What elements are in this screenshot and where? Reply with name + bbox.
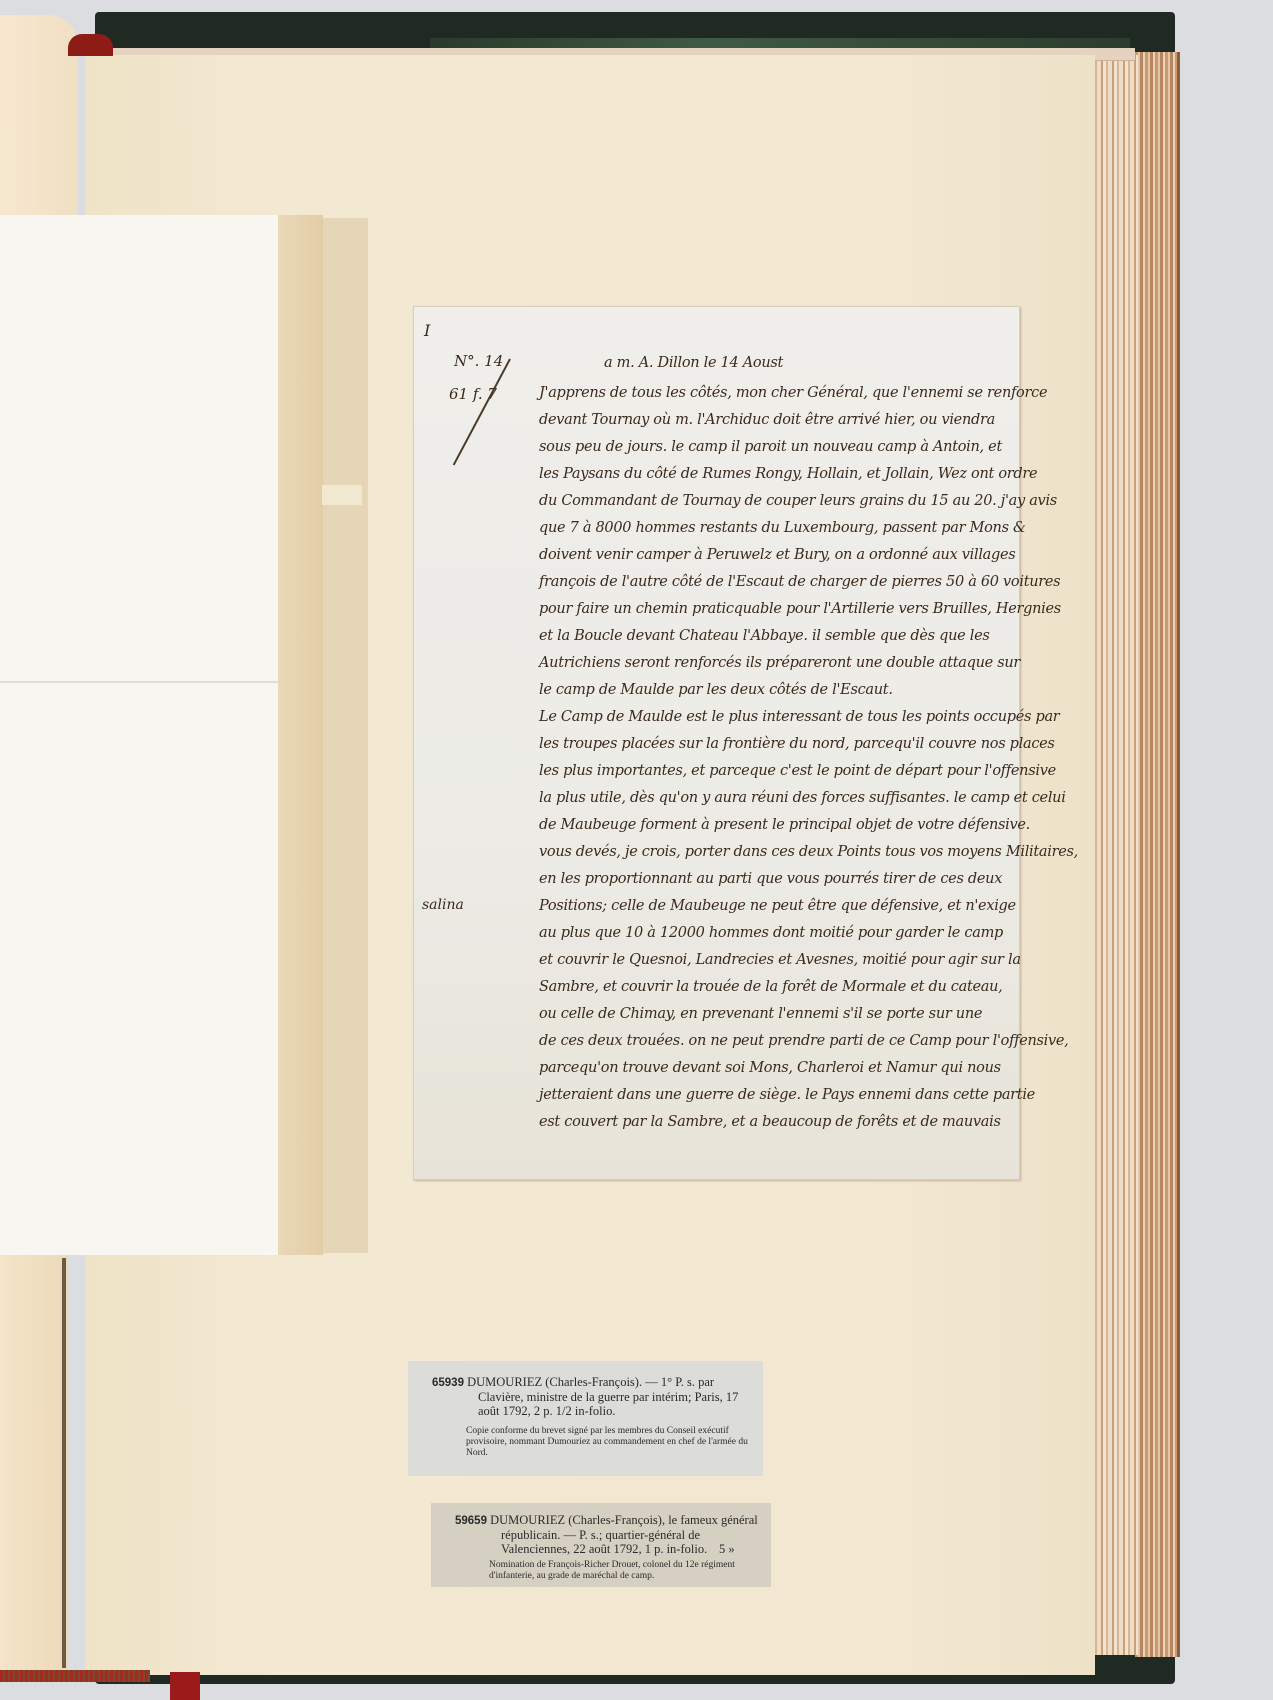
letter-line: les troupes placées sur la frontière du … xyxy=(539,736,1055,752)
fold-crease xyxy=(0,681,300,683)
letter-line: sous peu de jours. le camp il paroit un … xyxy=(539,439,1002,455)
letter-line: Sambre, et couvrir la trouée de la forêt… xyxy=(539,979,1002,995)
letter-line: et la Boucle devant Chateau l'Abbaye. il… xyxy=(539,628,990,644)
letter-line: françois de l'autre côté de l'Escaut de … xyxy=(539,574,1060,590)
folded-letter-verso[interactable] xyxy=(0,215,290,1255)
hinge-notch xyxy=(322,485,362,505)
letter-line: Autrichiens seront renforcés ils prépare… xyxy=(539,655,1020,671)
letter-line: la plus utile, dès qu'on y aura réuni de… xyxy=(539,790,1066,806)
letter-line: du Commandant de Tournay de couper leurs… xyxy=(539,493,1057,509)
margin-number: N°. 14 xyxy=(454,352,503,370)
book-gutter xyxy=(62,1258,66,1668)
left-page-bottom xyxy=(0,1255,68,1675)
catalogue-label: 65939 DUMOURIEZ (Charles-François). — 1°… xyxy=(408,1361,763,1476)
letter-line: ou celle de Chimay, en prevenant l'ennem… xyxy=(539,1006,982,1022)
margin-stroke xyxy=(453,359,511,466)
paper-hinge xyxy=(278,215,323,1255)
letter-line: en les proportionnant au parti que vous … xyxy=(539,871,1002,887)
letter-line: devant Tournay où m. l'Archiduc doit êtr… xyxy=(539,412,995,428)
letter-line: Le Camp de Maulde est le plus interessan… xyxy=(539,709,1059,725)
letter-line: parcequ'on trouve devant soi Mons, Charl… xyxy=(539,1060,1001,1076)
letter-line: jetteraient dans une guerre de siège. le… xyxy=(539,1087,1035,1103)
lot-number: 65939 xyxy=(432,1377,464,1389)
letter-address: a m. A. Dillon le 14 Aoust xyxy=(604,355,783,371)
letter-line: J'apprens de tous les côtés, mon cher Gé… xyxy=(539,385,1047,401)
letter-line: et couvrir le Quesnoi, Landrecies et Ave… xyxy=(539,952,1021,968)
letter-line: les Paysans du côté de Rumes Rongy, Holl… xyxy=(539,466,1037,482)
label-title: DUMOURIEZ (Charles-François). — 1° P. s.… xyxy=(467,1375,738,1418)
letter-line: vous devés, je crois, porter dans ces de… xyxy=(539,844,1078,860)
label-title: DUMOURIEZ (Charles-François), le fameux … xyxy=(490,1513,758,1556)
label-heading: 65939 DUMOURIEZ (Charles-François). — 1°… xyxy=(420,1375,757,1418)
letter-line: les plus importantes, et parceque c'est … xyxy=(539,763,1056,779)
letter-line: de Maubeuge forment à present le princip… xyxy=(539,817,1030,833)
page-block-inner-edge xyxy=(1092,55,1138,1655)
letter-line: Positions; celle de Maubeuge ne peut êtr… xyxy=(539,898,1016,914)
letter-line: que 7 à 8000 hommes restants du Luxembou… xyxy=(539,520,1026,536)
label-description: Nomination de François-Richer Drouet, co… xyxy=(489,1560,763,1582)
catalogue-label: 59659 DUMOURIEZ (Charles-François), le f… xyxy=(431,1503,771,1587)
corner-mark: I xyxy=(424,321,430,340)
letter-line: doivent venir camper à Peruwelz et Bury,… xyxy=(539,547,1015,563)
left-page-top xyxy=(0,15,78,215)
label-heading: 59659 DUMOURIEZ (Charles-François), le f… xyxy=(443,1513,765,1556)
page-block-fore-edge xyxy=(1135,52,1180,1657)
lot-number: 59659 xyxy=(455,1515,487,1527)
letter-line: au plus que 10 à 12000 hommes dont moiti… xyxy=(539,925,1003,941)
ribbon-bookmark-top xyxy=(68,34,113,56)
margin-word: salina xyxy=(422,897,464,913)
letter-line: le camp de Maulde par les deux côtés de … xyxy=(539,682,893,698)
manuscript-letter: I N°. 14 61 f. 7 salina a m. A. Dillon l… xyxy=(413,306,1020,1180)
ribbon-bookmark-bottom xyxy=(170,1672,200,1700)
letter-line: est couvert par la Sambre, et a beaucoup… xyxy=(539,1114,1001,1130)
paper-hinge-stub xyxy=(323,218,368,1253)
letter-line: de ces deux trouées. on ne peut prendre … xyxy=(539,1033,1069,1049)
label-description: Copie conforme du brevet signé par les m… xyxy=(466,1426,755,1459)
headband xyxy=(0,1670,150,1682)
letter-line: pour faire un chemin praticquable pour l… xyxy=(539,601,1061,617)
